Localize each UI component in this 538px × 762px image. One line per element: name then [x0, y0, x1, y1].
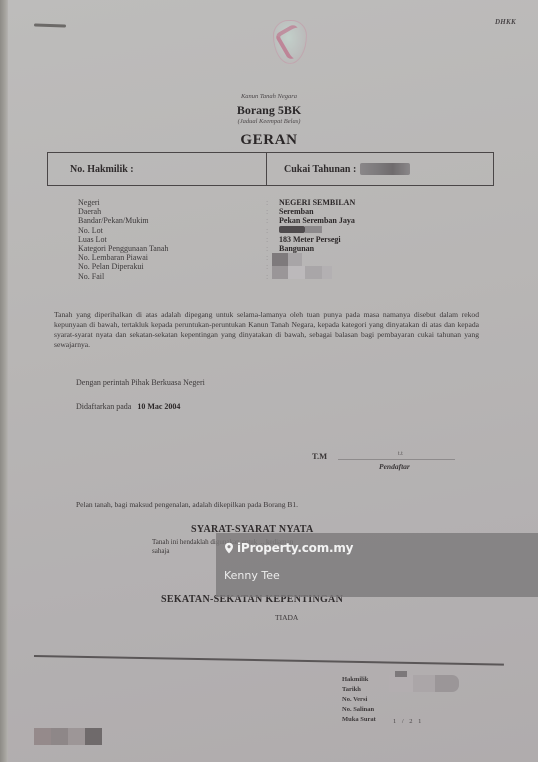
- location-pin-icon: [224, 542, 234, 554]
- tm-label: T.M: [312, 451, 327, 461]
- cukai-cell: Cukai Tahunan :: [267, 153, 493, 185]
- footer-redacted-block: [389, 671, 459, 692]
- registrar-label: Pendaftar: [379, 462, 410, 471]
- footer-page-numbers: 1 / 2 1: [393, 718, 423, 725]
- registered-label: Didaftarkan pada: [76, 402, 131, 411]
- footer-label: No. Salinan: [342, 705, 376, 715]
- authority-heading: Kanun Tanah Negara: [0, 93, 538, 100]
- field-label: Daerah: [78, 207, 168, 216]
- field-value-bandar: Pekan Seremban Jaya: [279, 216, 355, 225]
- form-code: DHKK: [495, 18, 516, 26]
- schedule-label: (Jadual Keempat Belas): [0, 118, 538, 125]
- footer-label: Tarikh: [342, 685, 376, 695]
- hakmilik-cell: No. Hakmilik :: [48, 153, 267, 185]
- watermark-brand-text: iProperty.com.my: [237, 541, 353, 555]
- footer-label: Muka Surat: [342, 715, 376, 725]
- cukai-label: Cukai Tahunan :: [284, 164, 356, 175]
- title-box: No. Hakmilik : Cukai Tahunan :: [47, 152, 494, 186]
- field-value-no-lot-redacted: [279, 226, 355, 235]
- restrictions-value: TIADA: [275, 613, 298, 622]
- staple-mark: [34, 23, 66, 27]
- footer-labels: Hakmilik Tarikh No. Versi No. Salinan Mu…: [342, 675, 376, 725]
- field-label: No. Lembaran Piawai: [78, 253, 168, 262]
- field-label: Luas Lot: [78, 235, 168, 244]
- signature-line: [338, 459, 455, 460]
- field-value-luas-lot: 183 Meter Persegi: [279, 235, 355, 244]
- field-label: Negeri: [78, 198, 168, 207]
- tm-value: t.t: [398, 451, 403, 457]
- field-value-negeri: NEGERI SEMBILAN: [279, 198, 355, 207]
- form-name: Borang 5BK: [0, 103, 538, 118]
- registered-line: Didaftarkan pada 10 Mac 2004: [76, 402, 180, 411]
- field-colons: :::::::::: [266, 198, 268, 281]
- field-labels: Negeri Daerah Bandar/Pekan/Mukim No. Lot…: [78, 198, 168, 281]
- plan-note: Pelan tanah, bagi maksud pengenalan, ada…: [76, 500, 298, 509]
- registered-date: 10 Mac 2004: [137, 402, 180, 411]
- redacted-stamp-block: [34, 728, 102, 745]
- footer-label: No. Versi: [342, 695, 376, 705]
- footer-label: Hakmilik: [342, 675, 376, 685]
- watermark-brand: iProperty.com.my: [224, 541, 353, 555]
- state-crest-emblem: [273, 20, 307, 64]
- field-label: No. Fail: [78, 272, 168, 281]
- document-title: GERAN: [0, 132, 538, 149]
- watermark-overlay: iProperty.com.my Kenny Tee: [216, 533, 538, 597]
- authority-line: Dengan perintah Pihak Berkuasa Negeri: [76, 378, 205, 387]
- watermark-agent-name: Kenny Tee: [224, 569, 280, 582]
- cukai-redacted: [360, 163, 410, 175]
- field-value-daerah: Seremban: [279, 207, 355, 216]
- hakmilik-label: No. Hakmilik :: [70, 164, 134, 175]
- field-label: Kategori Penggunaan Tanah: [78, 244, 168, 253]
- field-value-kategori: Bangunan: [279, 244, 355, 253]
- field-label: No. Pelan Diperakui: [78, 262, 168, 271]
- horizontal-rule: [34, 655, 504, 665]
- field-label: No. Lot: [78, 226, 168, 235]
- field-values: NEGERI SEMBILAN Seremban Pekan Seremban …: [279, 198, 355, 253]
- field-label: Bandar/Pekan/Mukim: [78, 216, 168, 225]
- tenure-paragraph: Tanah yang diperihalkan di atas adalah d…: [54, 310, 479, 350]
- redacted-block-plan-numbers: [272, 253, 332, 305]
